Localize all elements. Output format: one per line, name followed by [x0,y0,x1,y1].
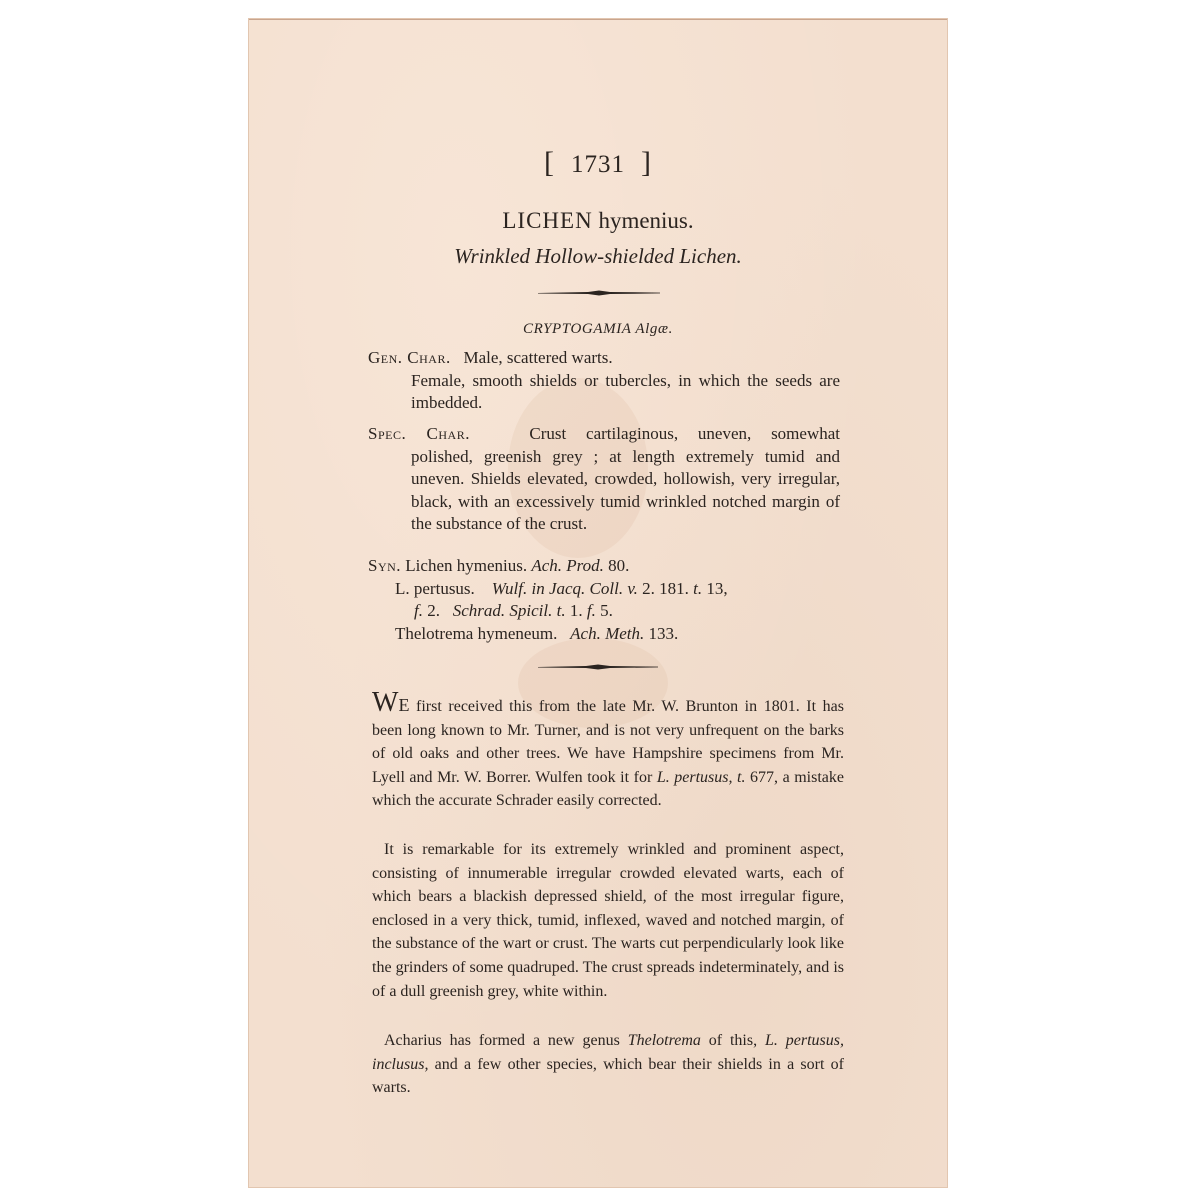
synonym-reference: f. [587,601,596,620]
small-cap: E [398,695,409,715]
paragraph-text: Acharius has formed a new genus [384,1032,628,1049]
generic-character: Gen. Char. Male, scattered warts. Female… [368,347,840,415]
spec-char-line: Crust cartilaginous, uneven, somewhat [529,424,840,443]
body-paragraph: It is remarkable for its extremely wrink… [372,838,844,1003]
ornamental-rule [538,290,660,296]
page-number: [1731] [248,146,948,180]
synonym-line: L. pertusus. Wulf. in Jacq. Coll. v. 2. … [368,578,840,601]
italic-text: Thelotrema [628,1032,701,1049]
class-name: CRYPTOGAMIA [523,321,631,337]
synonym-line: Syn. Lichen hymenius. Ach. Prod. 80. [368,555,840,578]
synonym-number: 13, [706,579,727,598]
synonym-reference: t. [693,579,702,598]
gen-char-text: Female, smooth shields or tubercles, in … [368,370,840,415]
synonym-name: L. pertusus. [395,579,475,598]
bracket-open: [ [528,146,571,179]
synonym-name: Lichen hymenius. [405,556,527,575]
synonym-number: 133. [649,624,679,643]
synonym-number: 1. [570,601,583,620]
synonyms: Syn. Lichen hymenius. Ach. Prod. 80. L. … [368,555,840,645]
italic-text: L. pertusus, t. [657,769,746,786]
species-title: LICHEN hymenius. [248,208,948,234]
body-paragraph: WE first received this from the late Mr.… [372,694,844,813]
synonym-name: Thelotrema hymeneum. [395,624,557,643]
body-paragraph: Acharius has formed a new genus Thelotre… [372,1029,844,1100]
genus-name: LICHEN [502,208,592,233]
synonym-number: 80. [608,556,629,575]
synonym-number: 2. 181. [642,579,689,598]
synonym-line: Thelotrema hymeneum. Ach. Meth. 133. [368,623,840,646]
synonym-reference: Wulf. in Jacq. Coll. v. [492,579,638,598]
ornamental-rule [538,664,658,670]
order-name: Algæ. [635,321,673,337]
spec-char-text: polished, greenish grey ; at length extr… [368,446,840,536]
syn-label: Syn. [368,556,401,575]
synonym-reference: Schrad. Spicil. t. [453,601,566,620]
gen-char-label: Gen. Char. [368,348,451,367]
synonym-reference: f. [414,601,423,620]
common-name: Wrinkled Hollow-shielded Lichen. [248,244,948,269]
paragraph-text: of this, [701,1032,765,1049]
synonym-number: 5. [600,601,613,620]
spec-char-label: Spec. Char. [368,424,470,443]
drop-cap: W [372,687,398,718]
classification: CRYPTOGAMIA Algæ. [248,321,948,338]
specific-character: Spec. Char. Crust cartilaginous, uneven,… [368,423,840,536]
synonym-line: f. 2. Schrad. Spicil. t. 1. f. 5. [368,600,840,623]
bracket-close: ] [625,146,668,179]
species-name: hymenius. [598,208,693,233]
synonym-reference: Ach. Prod. [531,556,604,575]
paragraph-text: and a few other species, which bear thei… [372,1056,844,1097]
page-number-value: 1731 [571,151,625,178]
synonym-number: 2. [427,601,440,620]
gen-char-line: Male, scattered warts. [463,348,612,367]
synonym-reference: Ach. Meth. [570,624,644,643]
book-page: [1731] LICHEN hymenius. Wrinkled Hollow-… [248,18,948,1188]
